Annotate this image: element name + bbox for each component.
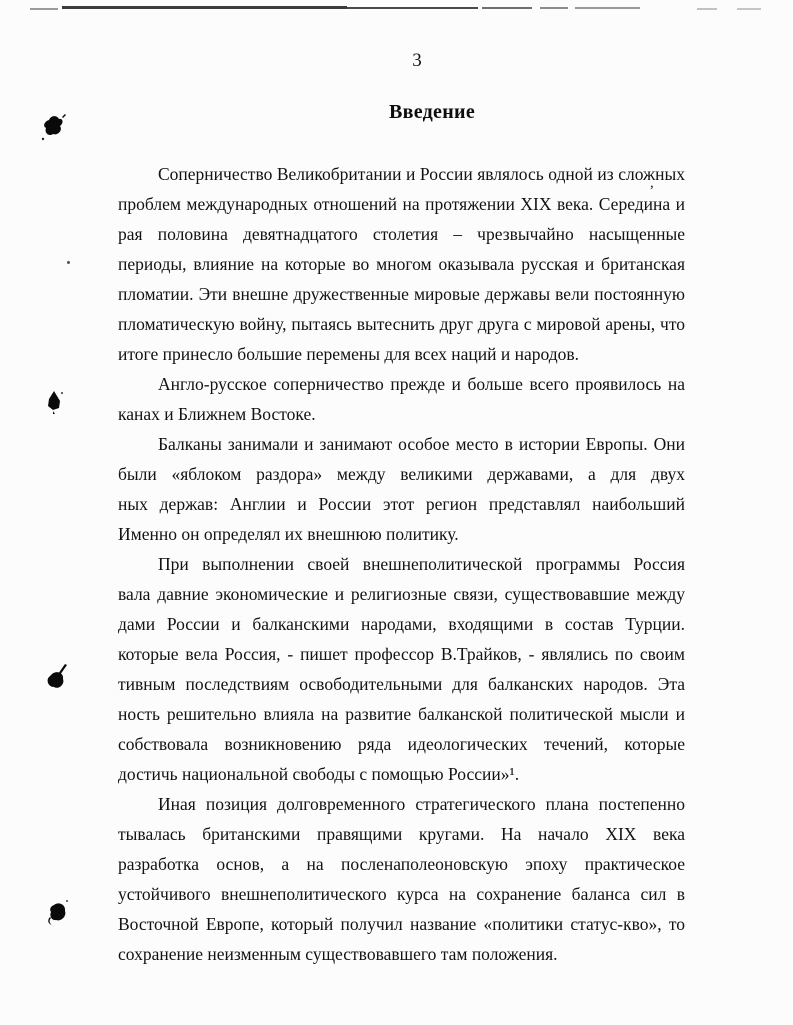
ink-blot-icon — [43, 389, 67, 415]
text-line: сохранение неизменным существовавшего та… — [118, 939, 685, 969]
rule-segment — [697, 8, 717, 10]
text-block: Соперничество Великобритании и России яв… — [118, 159, 685, 969]
rule-segment — [737, 8, 761, 10]
text-line: Иная позиция долговременного стратегичес… — [118, 789, 685, 819]
text-line: устойчивого внешнеполитического курса на… — [118, 879, 685, 909]
text-line: пломатии. Эти внешне дружественные миров… — [118, 279, 685, 309]
rule-segment — [575, 7, 640, 9]
text-line: итоге принесло большие перемены для всех… — [118, 339, 685, 369]
text-line: периоды, влияние на которые во многом ок… — [118, 249, 685, 279]
page-number: 3 — [412, 50, 422, 72]
text-line: дами России и балканскими народами, вход… — [118, 609, 685, 639]
text-line: Именно он определял их внешнюю политику. — [118, 519, 685, 549]
rule-segment — [540, 7, 568, 9]
text-line: собствовала возникновению ряда идеологич… — [118, 729, 685, 759]
text-line: проблем международных отношений на протя… — [118, 189, 685, 219]
stray-comma: , — [650, 175, 654, 192]
text-line: тивным последствиям освободительными для… — [118, 669, 685, 699]
text-line: При выполнении своей внешнеполитической … — [118, 549, 685, 579]
text-line: достичь национальной свободы с помощью Р… — [118, 759, 685, 789]
rule-segment — [482, 7, 532, 9]
text-line: канах и Ближнем Востоке. — [118, 399, 685, 429]
page-title: Введение — [389, 101, 475, 124]
text-line: рая половина девятнадцатого столетия – ч… — [118, 219, 685, 249]
text-line: Балканы занимали и занимают особое место… — [118, 429, 685, 459]
text-line: ность решительно влияла на развитие балк… — [118, 699, 685, 729]
text-line: Восточной Европе, который получил назван… — [118, 909, 685, 939]
stray-dot — [67, 261, 70, 264]
ink-blot-icon — [44, 662, 70, 692]
text-line: были «яблоком раздора» между великими де… — [118, 459, 685, 489]
text-line: вала давние экономические и религиозные … — [118, 579, 685, 609]
text-line: разработка основ, а на посленаполеоновск… — [118, 849, 685, 879]
rule-segment — [62, 6, 347, 9]
ink-blot-icon — [44, 897, 72, 927]
text-line: которые вела Россия, - пишет профессор В… — [118, 639, 685, 669]
text-line: пломатическую войну, пытаясь вытеснить д… — [118, 309, 685, 339]
rule-segment — [347, 7, 478, 9]
ink-blot-icon — [40, 113, 68, 143]
rule-segment — [30, 8, 58, 10]
text-line: ных держав: Англии и России этот регион … — [118, 489, 685, 519]
text-line: Соперничество Великобритании и России яв… — [118, 159, 685, 189]
text-line: тывалась британскими правящими кругами. … — [118, 819, 685, 849]
text-line: Англо-русское соперничество прежде и бол… — [118, 369, 685, 399]
scanned-page: 3 Введение Соперничество Великобритании … — [0, 0, 793, 1025]
